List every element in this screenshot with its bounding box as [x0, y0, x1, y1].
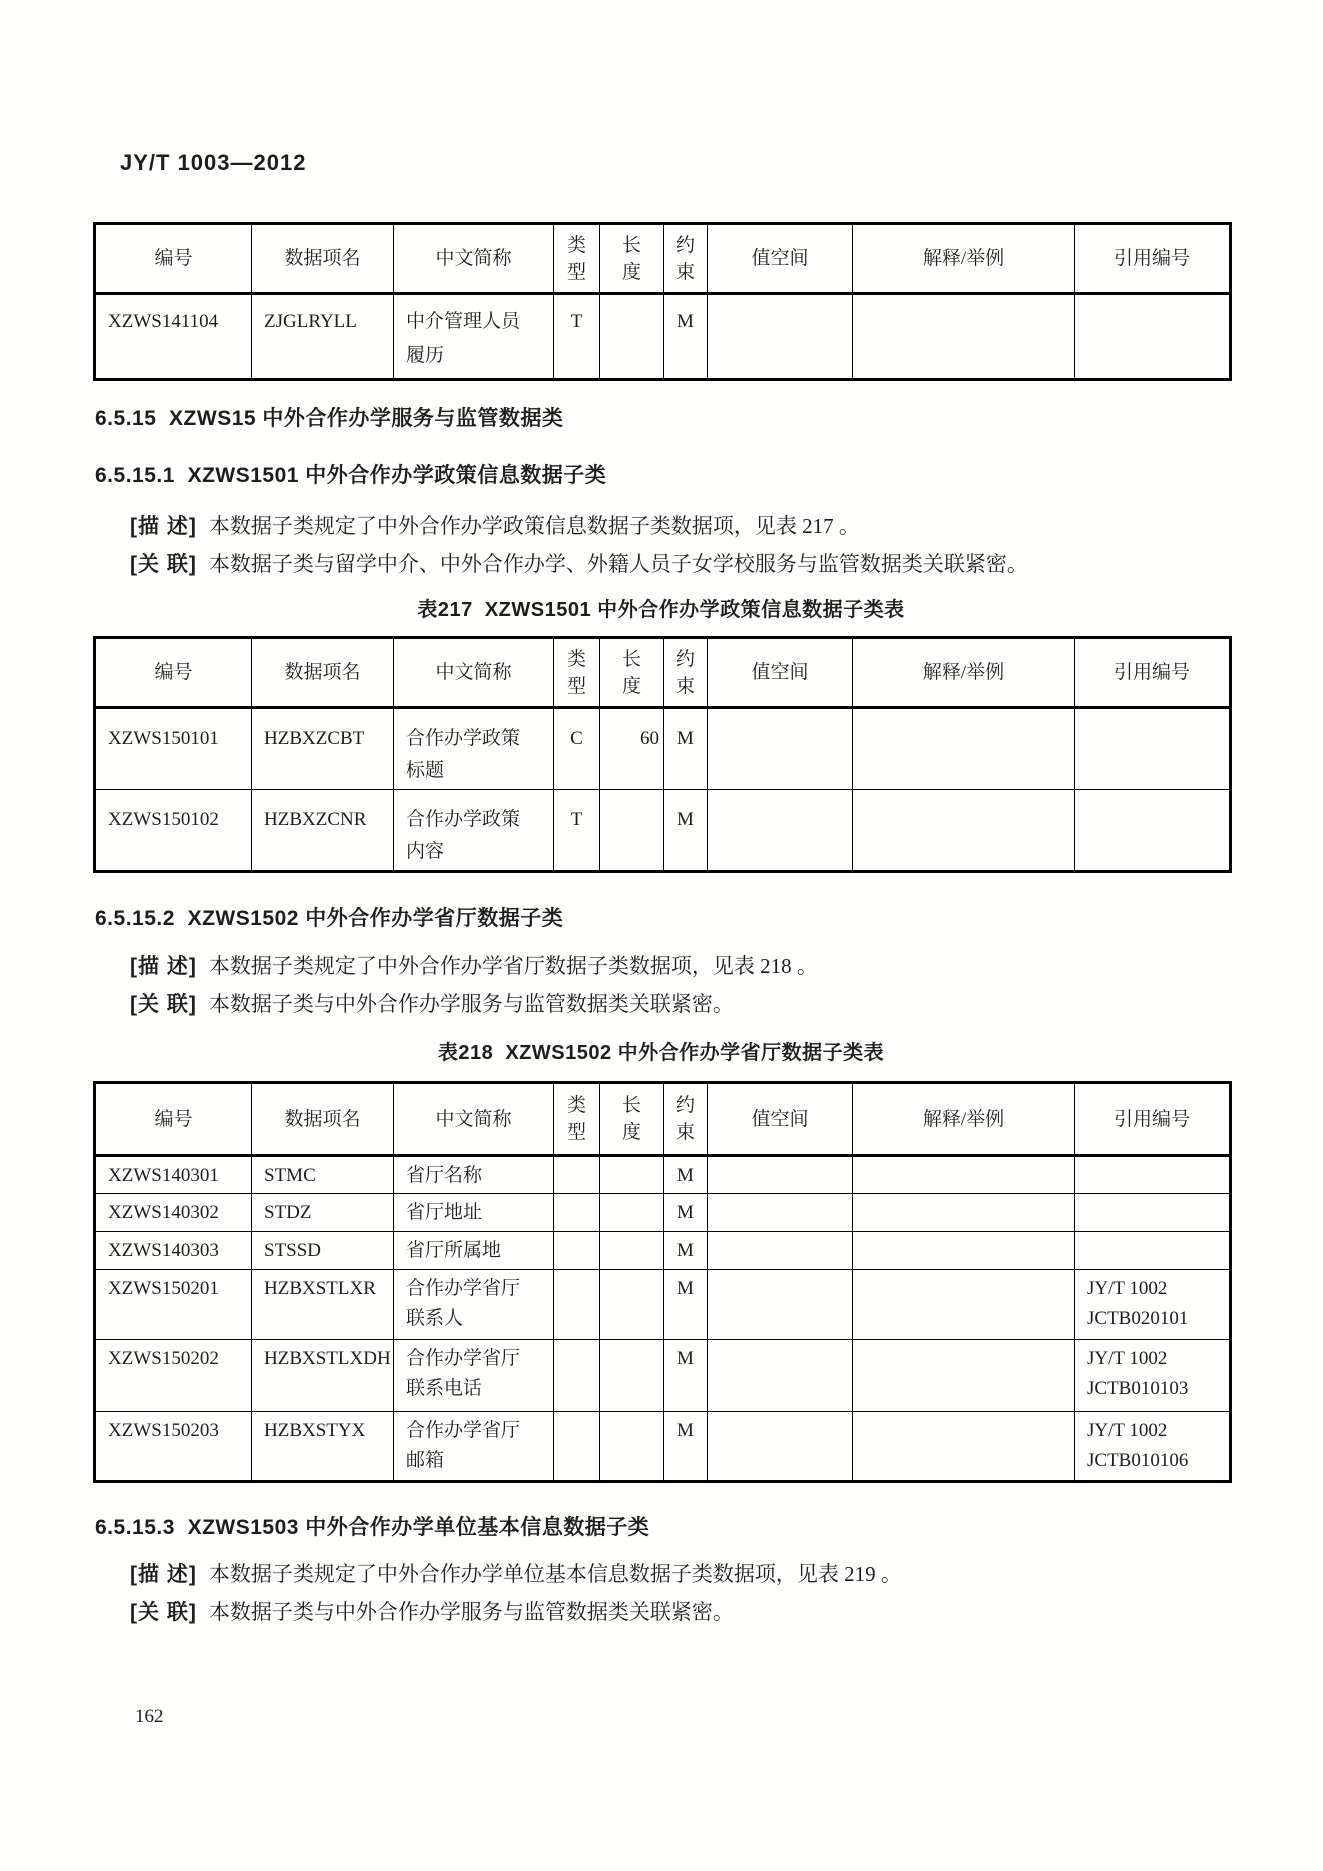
- table-cell: M: [664, 1232, 708, 1270]
- relation-paragraph: [关 联]本数据子类与留学中介、中外合作办学、外籍人员子女学校服务与监管数据类关…: [130, 548, 1323, 578]
- description-text: 本数据子类规定了中外合作办学单位基本信息数据子类数据项，见表 219 。: [209, 1562, 902, 1586]
- table-cell: JY/T 1002 JCTB010106: [1075, 1412, 1231, 1482]
- table-cell: [554, 1412, 600, 1482]
- table-cell: JY/T 1002 JCTB010103: [1075, 1340, 1231, 1412]
- header-cell: 引用编号: [1075, 1083, 1231, 1156]
- relation-paragraph: [关 联]本数据子类与中外合作办学服务与监管数据类关联紧密。: [130, 988, 1323, 1018]
- table-cell: [1075, 708, 1231, 790]
- table-cell: [853, 1156, 1075, 1194]
- table-cell: [708, 294, 853, 380]
- table-cell: XZWS150202: [95, 1340, 252, 1412]
- table-cell: HZBXZCBT: [252, 708, 394, 790]
- header-cell: 数据项名: [252, 1083, 394, 1156]
- table-cell: [1075, 1194, 1231, 1232]
- description-paragraph: [描 述]本数据子类规定了中外合作办学政策信息数据子类数据项，见表 217 。: [130, 510, 1323, 540]
- document-code: JY/T 1003—2012: [120, 150, 1323, 176]
- table-cell: [708, 790, 853, 872]
- table-cell: 合作办学省厅 联系电话: [394, 1340, 554, 1412]
- table-caption-217: 表217 XZWS1501 中外合作办学政策信息数据子类表: [93, 593, 1229, 622]
- table-cell: T: [554, 294, 600, 380]
- table-cell: 省厅地址: [394, 1194, 554, 1232]
- table-cell: [600, 1194, 664, 1232]
- table-cell: [600, 294, 664, 380]
- table-row: XZWS150102 HZBXZCNR 合作办学政策 内容 T M: [95, 790, 1231, 872]
- table-row: XZWS140301 STMC 省厅名称 M: [95, 1156, 1231, 1194]
- header-cell: 引用编号: [1075, 224, 1231, 294]
- table-cell: STMC: [252, 1156, 394, 1194]
- table-cell: M: [664, 1412, 708, 1482]
- table-cell: M: [664, 790, 708, 872]
- table-cell: [708, 708, 853, 790]
- relation-paragraph: [关 联]本数据子类与中外合作办学服务与监管数据类关联紧密。: [130, 1596, 1323, 1626]
- table-cell: ZJGLRYLL: [252, 294, 394, 380]
- table-cell: XZWS140301: [95, 1156, 252, 1194]
- table-cell: [1075, 790, 1231, 872]
- table-cell: 合作办学政策 内容: [394, 790, 554, 872]
- description-paragraph: [描 述]本数据子类规定了中外合作办学单位基本信息数据子类数据项，见表 219 …: [130, 1558, 1323, 1588]
- table-cell: HZBXSTYX: [252, 1412, 394, 1482]
- table-row: XZWS150201 HZBXSTLXR 合作办学省厅 联系人 M JY/T 1…: [95, 1270, 1231, 1340]
- table-cell: 合作办学政策 标题: [394, 708, 554, 790]
- table-cell: [1075, 1232, 1231, 1270]
- table-cell: XZWS140303: [95, 1232, 252, 1270]
- header-cell: 类 型: [554, 638, 600, 708]
- relation-text: 本数据子类与留学中介、中外合作办学、外籍人员子女学校服务与监管数据类关联紧密。: [209, 552, 1028, 576]
- header-cell: 编号: [95, 1083, 252, 1156]
- table-cell: [708, 1156, 853, 1194]
- table-cell: [853, 1194, 1075, 1232]
- table-row: XZWS150101 HZBXZCBT 合作办学政策 标题 C 60 M: [95, 708, 1231, 790]
- section-heading-6-5-15-3: 6.5.15.3 XZWS1503 中外合作办学单位基本信息数据子类: [95, 1511, 1323, 1541]
- header-cell: 长 度: [600, 1083, 664, 1156]
- table-header-row: 编号 数据项名 中文简称 类 型 长 度 约 束 值空间 解释/举例 引用编号: [95, 1083, 1231, 1156]
- table-cell: [853, 708, 1075, 790]
- table-row: XZWS140302 STDZ 省厅地址 M: [95, 1194, 1231, 1232]
- relation-text: 本数据子类与中外合作办学服务与监管数据类关联紧密。: [209, 1600, 734, 1624]
- header-cell: 数据项名: [252, 224, 394, 294]
- table-cell: [554, 1232, 600, 1270]
- relation-label: [关 联]: [130, 993, 197, 1016]
- table-cell: [708, 1340, 853, 1412]
- table-cell: M: [664, 294, 708, 380]
- table-cell: XZWS141104: [95, 294, 252, 380]
- table-cell: 中介管理人员 履历: [394, 294, 554, 380]
- table-cell: 合作办学省厅 邮箱: [394, 1412, 554, 1482]
- table-cell: [600, 1340, 664, 1412]
- table-cell: [708, 1270, 853, 1340]
- table-cell: M: [664, 1270, 708, 1340]
- table-cell: HZBXZCNR: [252, 790, 394, 872]
- header-cell: 约 束: [664, 1083, 708, 1156]
- header-cell: 值空间: [708, 638, 853, 708]
- relation-label: [关 联]: [130, 1601, 197, 1624]
- table-cell: [853, 790, 1075, 872]
- table-cell: XZWS140302: [95, 1194, 252, 1232]
- table-cell: [853, 1340, 1075, 1412]
- table-cell: [600, 1270, 664, 1340]
- document-page: JY/T 1003—2012 编号 数据项名 中文简称 类 型 长 度 约 束 …: [0, 0, 1323, 1871]
- header-cell: 编号: [95, 224, 252, 294]
- header-cell: 值空间: [708, 1083, 853, 1156]
- relation-text: 本数据子类与中外合作办学服务与监管数据类关联紧密。: [209, 992, 734, 1016]
- section-heading-6-5-15-1: 6.5.15.1 XZWS1501 中外合作办学政策信息数据子类: [95, 459, 1323, 489]
- page-number: 162: [135, 1706, 1323, 1728]
- header-cell: 解释/举例: [853, 638, 1075, 708]
- table-row: XZWS140303 STSSD 省厅所属地 M: [95, 1232, 1231, 1270]
- relation-label: [关 联]: [130, 553, 197, 576]
- table-cell: T: [554, 790, 600, 872]
- table-caption-218: 表218 XZWS1502 中外合作办学省厅数据子类表: [93, 1036, 1229, 1065]
- table-cell: JY/T 1002 JCTB020101: [1075, 1270, 1231, 1340]
- table-cell: 合作办学省厅 联系人: [394, 1270, 554, 1340]
- table-header-row: 编号 数据项名 中文简称 类 型 长 度 约 束 值空间 解释/举例 引用编号: [95, 224, 1231, 294]
- table-cell: M: [664, 1156, 708, 1194]
- description-label: [描 述]: [130, 955, 197, 978]
- table-row: XZWS150203 HZBXSTYX 合作办学省厅 邮箱 M JY/T 100…: [95, 1412, 1231, 1482]
- description-paragraph: [描 述]本数据子类规定了中外合作办学省厅数据子类数据项，见表 218 。: [130, 950, 1323, 980]
- table-cell: [554, 1340, 600, 1412]
- table-cell: STSSD: [252, 1232, 394, 1270]
- header-cell: 值空间: [708, 224, 853, 294]
- table-cell: [600, 790, 664, 872]
- table-cell: [600, 1232, 664, 1270]
- header-cell: 约 束: [664, 224, 708, 294]
- header-cell: 中文简称: [394, 638, 554, 708]
- table-cell: [853, 294, 1075, 380]
- table-cell: XZWS150102: [95, 790, 252, 872]
- table-cell: XZWS150101: [95, 708, 252, 790]
- table-header-row: 编号 数据项名 中文简称 类 型 长 度 约 束 值空间 解释/举例 引用编号: [95, 638, 1231, 708]
- table-cell: M: [664, 708, 708, 790]
- table-cell: 省厅名称: [394, 1156, 554, 1194]
- table-cell: [554, 1270, 600, 1340]
- table-cell: [708, 1412, 853, 1482]
- header-cell: 中文简称: [394, 1083, 554, 1156]
- table-cell: [1075, 1156, 1231, 1194]
- table-cell: [1075, 294, 1231, 380]
- header-cell: 解释/举例: [853, 224, 1075, 294]
- description-label: [描 述]: [130, 515, 197, 538]
- description-text: 本数据子类规定了中外合作办学省厅数据子类数据项，见表 218 。: [209, 954, 818, 978]
- header-cell: 解释/举例: [853, 1083, 1075, 1156]
- table-cell: 省厅所属地: [394, 1232, 554, 1270]
- table-cell: [708, 1194, 853, 1232]
- table-cell: [554, 1156, 600, 1194]
- header-cell: 约 束: [664, 638, 708, 708]
- table-cell: STDZ: [252, 1194, 394, 1232]
- table-row: XZWS150202 HZBXSTLXDH 合作办学省厅 联系电话 M JY/T…: [95, 1340, 1231, 1412]
- description-text: 本数据子类规定了中外合作办学政策信息数据子类数据项，见表 217 。: [209, 514, 860, 538]
- table-cell: M: [664, 1340, 708, 1412]
- table-217: 编号 数据项名 中文简称 类 型 长 度 约 束 值空间 解释/举例 引用编号 …: [93, 636, 1232, 873]
- table-cell: M: [664, 1194, 708, 1232]
- header-cell: 长 度: [600, 638, 664, 708]
- table-cell: HZBXSTLXR: [252, 1270, 394, 1340]
- description-label: [描 述]: [130, 1563, 197, 1586]
- table-row: XZWS141104 ZJGLRYLL 中介管理人员 履历 T M: [95, 294, 1231, 380]
- table-cell: [853, 1232, 1075, 1270]
- table-cell: C: [554, 708, 600, 790]
- table-cell: [554, 1194, 600, 1232]
- table-cell: [853, 1270, 1075, 1340]
- table-cell: [708, 1232, 853, 1270]
- table-cell: XZWS150201: [95, 1270, 252, 1340]
- table-cell: [853, 1412, 1075, 1482]
- table-cell: 60: [600, 708, 664, 790]
- header-cell: 引用编号: [1075, 638, 1231, 708]
- section-heading-6-5-15-2: 6.5.15.2 XZWS1502 中外合作办学省厅数据子类: [95, 902, 1323, 932]
- table-cell: HZBXSTLXDH: [252, 1340, 394, 1412]
- header-cell: 中文简称: [394, 224, 554, 294]
- header-cell: 类 型: [554, 224, 600, 294]
- header-cell: 数据项名: [252, 638, 394, 708]
- section-heading-6-5-15: 6.5.15 XZWS15 中外合作办学服务与监管数据类: [95, 402, 1323, 432]
- header-cell: 编号: [95, 638, 252, 708]
- table-cell: [600, 1412, 664, 1482]
- table-cell: [600, 1156, 664, 1194]
- table-cell: XZWS150203: [95, 1412, 252, 1482]
- table-continuation: 编号 数据项名 中文简称 类 型 长 度 约 束 值空间 解释/举例 引用编号 …: [93, 222, 1232, 381]
- header-cell: 类 型: [554, 1083, 600, 1156]
- table-218: 编号 数据项名 中文简称 类 型 长 度 约 束 值空间 解释/举例 引用编号 …: [93, 1081, 1232, 1483]
- header-cell: 长 度: [600, 224, 664, 294]
